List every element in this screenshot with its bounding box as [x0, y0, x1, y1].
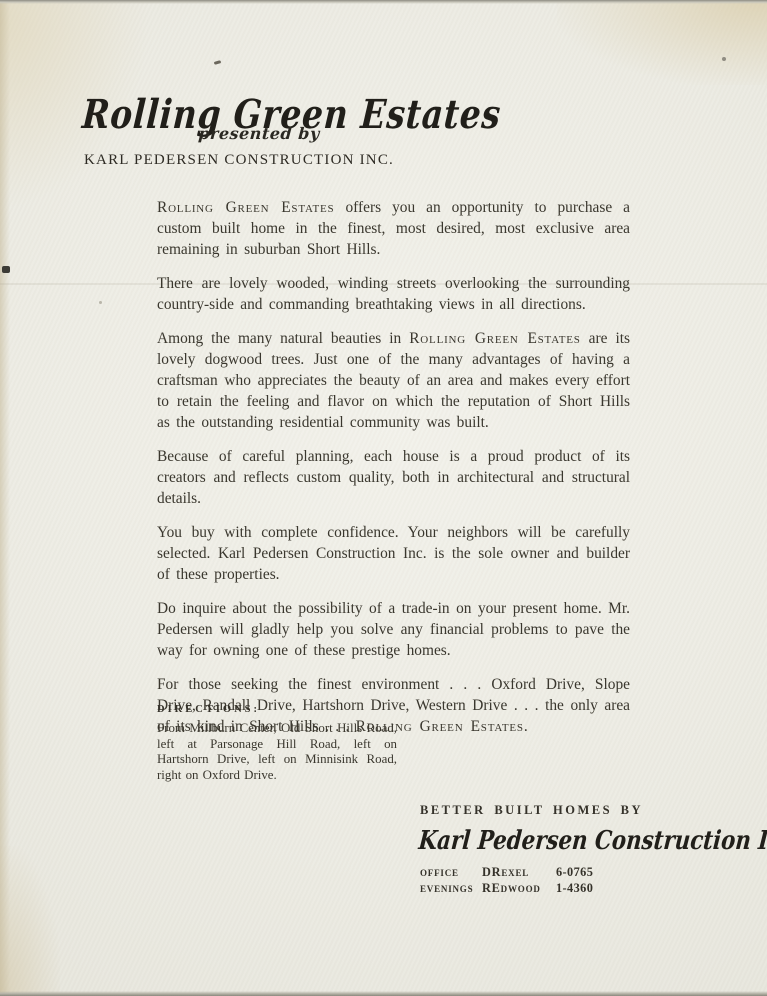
paragraph-confidence: You buy with complete confidence. Your n… — [157, 522, 630, 585]
directions-text: From Millburn Center, Old Short Hills Ro… — [157, 721, 397, 783]
scanned-letterhead-page: Rolling Green Estates presented by KARL … — [0, 0, 767, 996]
dust-speck-artifact — [722, 57, 726, 61]
phone-number: 6-0765 — [556, 865, 750, 880]
phone-list: office DRexel 6-0765 evenings REdwood 1-… — [420, 865, 750, 896]
scan-edge-line-top — [0, 0, 767, 4]
company-name-line: KARL PEDERSEN CONSTRUCTION INC. — [84, 152, 394, 169]
directions-block: DIRECTIONS: From Millburn Center, Old Sh… — [157, 704, 397, 783]
scan-stain-top-right — [557, 0, 767, 85]
scan-edge-shadow-left — [0, 0, 10, 996]
presented-by-line: presented by — [198, 124, 321, 143]
scan-edge-line-bottom — [0, 991, 767, 996]
paragraph-streets: There are lovely wooded, winding streets… — [157, 273, 630, 315]
paragraph-dogwood: Among the many natural beauties in Rolli… — [157, 328, 630, 433]
phone-exchange: REdwood — [482, 881, 556, 896]
footer-tagline: BETTER BUILT HOMES BY — [420, 803, 750, 818]
company-signature: Karl Pedersen Construction Inc. — [417, 826, 690, 856]
directions-label: DIRECTIONS: — [157, 704, 397, 715]
phone-label: office — [420, 865, 482, 880]
pen-speck-artifact — [214, 60, 222, 65]
paragraph-planning: Because of careful planning, each house … — [157, 446, 630, 509]
phone-exchange: DRexel — [482, 865, 556, 880]
footer-block: BETTER BUILT HOMES BY Karl Pedersen Cons… — [420, 803, 750, 896]
paragraph-trade-in: Do inquire about the possibility of a tr… — [157, 598, 630, 661]
body-text-column: Rolling Green Estates offers you an oppo… — [157, 197, 630, 750]
phone-label: evenings — [420, 881, 482, 896]
paragraph-intro: Rolling Green Estates offers you an oppo… — [157, 197, 630, 260]
dust-speck-artifact — [99, 301, 102, 304]
phone-number: 1-4360 — [556, 881, 750, 896]
ink-dot-artifact — [2, 266, 10, 273]
